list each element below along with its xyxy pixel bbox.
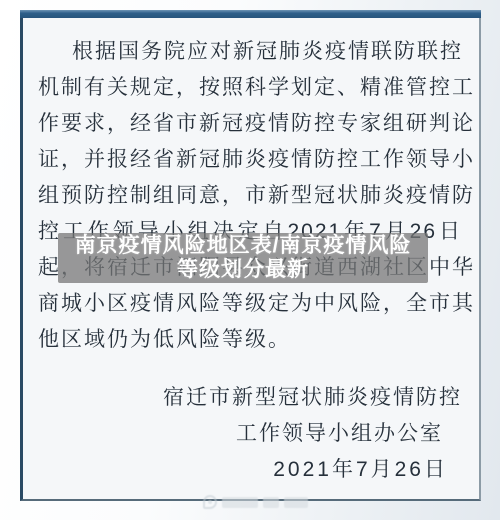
watermark-text-blur [263, 497, 279, 508]
caption-overlay-line-1: 南京疫情风险地区表/南京疫情风险 [58, 234, 428, 258]
notice-body-line: 作要求，经省市新冠疫情防控专家组研判论 [38, 106, 462, 142]
watermark-text-blur [284, 497, 308, 508]
signature-org-line-1: 宿迁市新型冠状肺炎疫情防控 [38, 380, 462, 416]
notice-body-line: 证，并报经省新冠肺炎疫情防控工作领导小 [38, 142, 462, 178]
caption-overlay: 南京疫情风险地区表/南京疫情风险 等级划分最新 [58, 233, 428, 283]
signature-date: 2021年7月26日 [38, 452, 462, 488]
caption-overlay-line-2: 等级划分最新 [58, 258, 428, 282]
notice-signature: 宿迁市新型冠状肺炎疫情防控 工作领导小组办公室 2021年7月26日 [38, 380, 462, 488]
watermark-text-blur [222, 497, 258, 508]
signature-org-line-2: 工作领导小组办公室 [38, 416, 462, 452]
notice-body: 根据国务院应对新冠肺炎疫情联防联控 机制有关规定，按照科学划定、精准管控工 作要… [38, 34, 462, 358]
notice-body-line: 商城小区疫情风险等级定为中风险，全市其 [38, 286, 462, 322]
notice-body-line: 他区域仍为低风险等级。 [38, 322, 462, 358]
notice-image: 根据国务院应对新冠肺炎疫情联防联控 机制有关规定，按照科学划定、精准管控工 作要… [0, 0, 500, 520]
notice-card-top-rule [20, 10, 481, 18]
watermark [203, 491, 308, 513]
watermark-logo-icon [203, 495, 217, 509]
notice-body-line: 机制有关规定，按照科学划定、精准管控工 [38, 70, 462, 106]
notice-body-line: 组预防控制组同意，市新型冠状肺炎疫情防 [38, 178, 462, 214]
notice-body-line: 根据国务院应对新冠肺炎疫情联防联控 [38, 34, 462, 70]
